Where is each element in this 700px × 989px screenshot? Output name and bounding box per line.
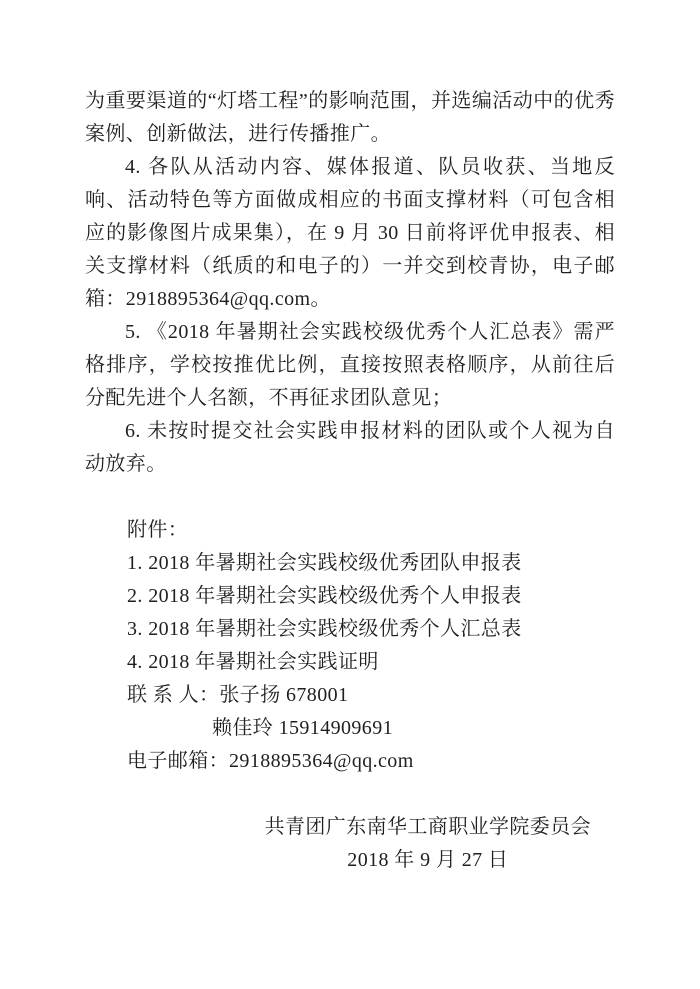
blank-line xyxy=(85,481,615,514)
document-page: 为重要渠道的“灯塔工程”的影响范围，并选编活动中的优秀案例、创新做法，进行传播推… xyxy=(0,0,700,989)
contact-person-line-2: 赖佳玲 15914909691 xyxy=(85,712,615,745)
contact-person-line: 联 系 人：张子扬 678001 xyxy=(85,679,615,712)
body-paragraph-item-5: 5. 《2018 年暑期社会实践校级优秀个人汇总表》需严格排序，学校按推优比例，… xyxy=(85,316,615,415)
attachment-item-4: 4. 2018 年暑期社会实践证明 xyxy=(85,646,615,679)
body-paragraph-item-6: 6. 未按时提交社会实践申报材料的团队或个人视为自动放弃。 xyxy=(85,415,615,481)
blank-line xyxy=(85,778,615,811)
attachment-item-3: 3. 2018 年暑期社会实践校级优秀个人汇总表 xyxy=(85,613,615,646)
body-paragraph-item-4: 4. 各队从活动内容、媒体报道、队员收获、当地反响、活动特色等方面做成相应的书面… xyxy=(85,151,615,316)
attachment-item-1: 1. 2018 年暑期社会实践校级优秀团队申报表 xyxy=(85,547,615,580)
contact-email-line: 电子邮箱：2918895364@qq.com xyxy=(85,745,615,778)
attachment-item-2: 2. 2018 年暑期社会实践校级优秀个人申报表 xyxy=(85,580,615,613)
attachments-label: 附件： xyxy=(85,514,615,547)
signature-organization: 共青团广东南华工商职业学院委员会 xyxy=(265,811,591,844)
signature-block: 共青团广东南华工商职业学院委员会 2018 年 9 月 27 日 xyxy=(265,811,591,877)
signature-date: 2018 年 9 月 27 日 xyxy=(265,844,591,877)
body-paragraph-continuation: 为重要渠道的“灯塔工程”的影响范围，并选编活动中的优秀案例、创新做法，进行传播推… xyxy=(85,85,615,151)
